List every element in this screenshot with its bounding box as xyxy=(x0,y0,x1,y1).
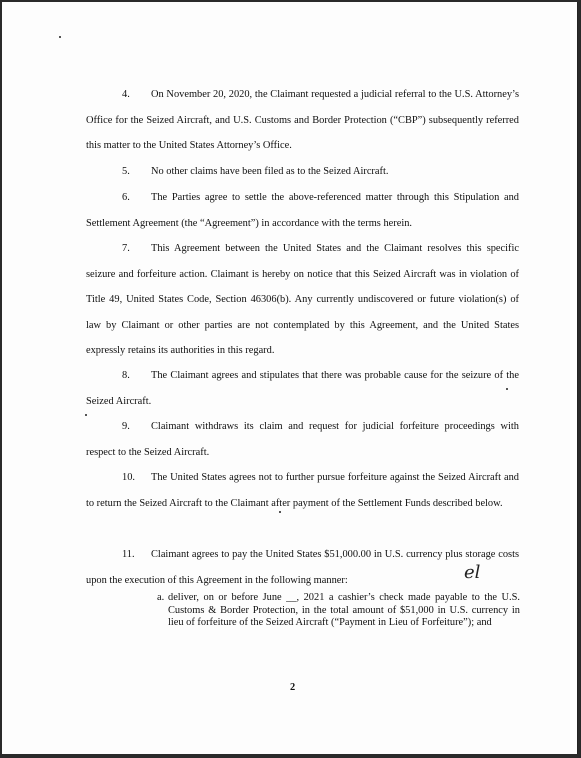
paragraph-number: 7. xyxy=(122,236,151,262)
document-page: 4.On November 20, 2020, the Claimant req… xyxy=(2,2,578,754)
paragraph-text: The Claimant agrees and stipulates that … xyxy=(86,370,519,407)
paragraph-4: 4.On November 20, 2020, the Claimant req… xyxy=(86,82,519,159)
subitem-a: a. deliver, on or before June __, 2021 a… xyxy=(168,592,520,630)
scan-speck xyxy=(59,36,61,38)
handwritten-initials: el xyxy=(464,562,480,583)
paragraph-text: The United States agrees not to further … xyxy=(86,472,519,509)
paragraph-text: The Parties agree to settle the above-re… xyxy=(86,192,519,229)
paragraph-5: 5.No other claims have been filed as to … xyxy=(86,159,519,185)
paragraph-number: 11. xyxy=(122,542,151,568)
paragraph-number: 9. xyxy=(122,414,151,440)
paragraph-text: Claimant withdraws its claim and request… xyxy=(86,421,519,458)
paragraph-7: 7.This Agreement between the United Stat… xyxy=(86,236,519,364)
subitem-text: deliver, on or before June __, 2021 a ca… xyxy=(168,592,520,628)
scan-speck xyxy=(279,511,281,513)
paragraph-6: 6.The Parties agree to settle the above-… xyxy=(86,185,519,236)
paragraph-9: 9.Claimant withdraws its claim and reque… xyxy=(86,414,519,465)
paragraph-8: 8.The Claimant agrees and stipulates tha… xyxy=(86,363,519,414)
paragraph-text: On November 20, 2020, the Claimant reque… xyxy=(86,89,519,151)
paragraph-number: 10. xyxy=(122,465,151,491)
paragraph-number: 5. xyxy=(122,159,151,185)
paragraph-11: 11.Claimant agrees to pay the United Sta… xyxy=(86,542,519,593)
page-number: 2 xyxy=(290,682,295,693)
paragraph-text: Claimant agrees to pay the United States… xyxy=(86,549,519,586)
subitem-letter: a. xyxy=(157,592,164,605)
scan-speck xyxy=(506,388,508,390)
paragraph-number: 8. xyxy=(122,363,151,389)
paragraph-number: 6. xyxy=(122,185,151,211)
paragraph-10: 10.The United States agrees not to furth… xyxy=(86,465,519,516)
paragraph-text: No other claims have been filed as to th… xyxy=(151,166,388,177)
paragraph-number: 4. xyxy=(122,82,151,108)
scan-speck xyxy=(85,414,87,416)
